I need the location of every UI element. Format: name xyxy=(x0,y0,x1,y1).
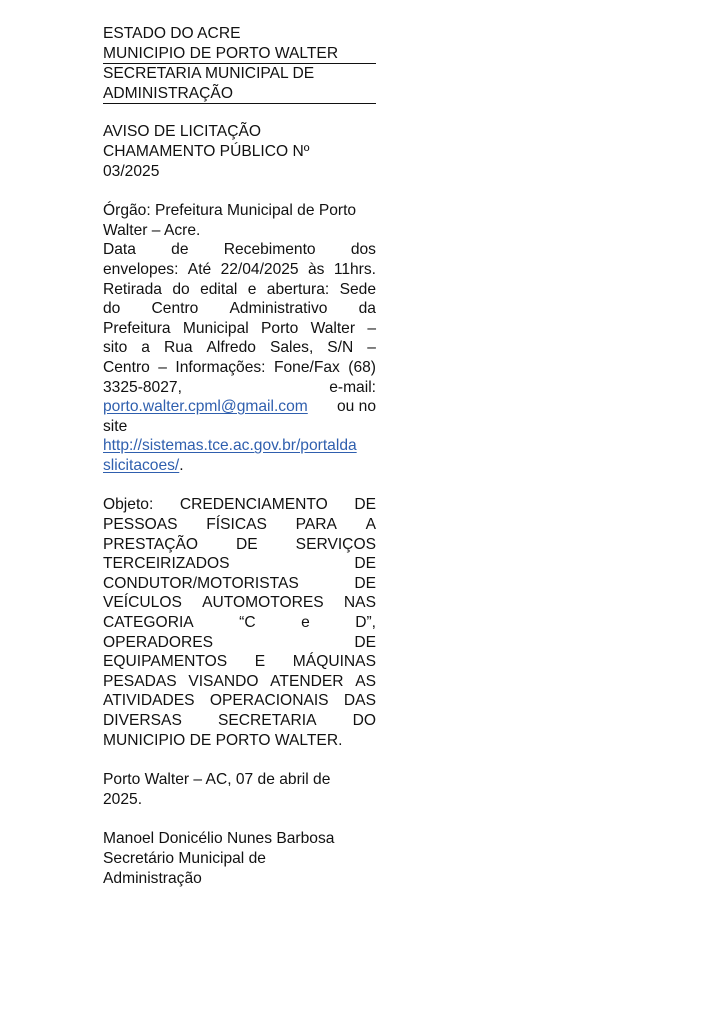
letterhead: ESTADO DO ACRE MUNICIPIO DE PORTO WALTER… xyxy=(103,24,376,104)
details-line: Walter – Acre. xyxy=(103,221,376,241)
object-line: EQUIPAMENTOSEMÁQUINAS xyxy=(103,652,376,672)
object-line: PESSOASFÍSICASPARAA xyxy=(103,515,376,535)
notice-title: AVISO DE LICITAÇÃO xyxy=(103,122,376,142)
details-line: Centro–Informações:Fone/Fax(68) xyxy=(103,358,376,378)
object-line: DIVERSASSECRETARIADO xyxy=(103,711,376,731)
details-line: 3325-8027,e-mail: xyxy=(103,378,376,398)
object-line: VEÍCULOSAUTOMOTORESNAS xyxy=(103,593,376,613)
object-line: PRESTAÇÃODESERVIÇOS xyxy=(103,535,376,555)
site-link-part-2[interactable]: slicitacoes/ xyxy=(103,457,179,474)
signature-block: Manoel Donicélio Nunes Barbosa Secretári… xyxy=(103,829,376,888)
secretariat-line-1: SECRETARIA MUNICIPAL DE xyxy=(103,64,376,84)
email-suffix: ou no xyxy=(337,397,376,417)
details-line: DatadeRecebimentodos xyxy=(103,240,376,260)
details-line: sitoaRuaAlfredoSales,S/N– xyxy=(103,338,376,358)
place-date-line-2: 2025. xyxy=(103,790,376,810)
public-call-number-line-1: CHAMAMENTO PÚBLICO Nº xyxy=(103,142,376,162)
object-line: Objeto:CREDENCIAMENTODE xyxy=(103,495,376,515)
object-line: MUNICIPIO DE PORTO WALTER. xyxy=(103,731,376,751)
object-line: PESADASVISANDOATENDERAS xyxy=(103,672,376,692)
secretariat-line-2: ADMINISTRAÇÃO xyxy=(103,84,376,105)
object-line: CATEGORIA“CeD”, xyxy=(103,613,376,633)
site-url-line-1: http://sistemas.tce.ac.gov.br/portalda xyxy=(103,436,376,456)
site-url-line-2: slicitacoes/. xyxy=(103,456,376,476)
public-call-number-line-2: 03/2025 xyxy=(103,162,376,182)
signatory-role-line-2: Administração xyxy=(103,869,376,889)
details-line: doCentroAdministrativoda xyxy=(103,299,376,319)
signatory-role-line-1: Secretário Municipal de xyxy=(103,849,376,869)
place-and-date: Porto Walter – AC, 07 de abril de 2025. xyxy=(103,770,376,809)
site-link-part-1[interactable]: http://sistemas.tce.ac.gov.br/portalda xyxy=(103,437,357,454)
details-line: Retiradadoeditaleabertura:Sede xyxy=(103,280,376,300)
state-name: ESTADO DO ACRE xyxy=(103,24,376,44)
municipality-name: MUNICIPIO DE PORTO WALTER xyxy=(103,44,376,65)
document-page: ESTADO DO ACRE MUNICIPIO DE PORTO WALTER… xyxy=(103,24,376,888)
site-label: site xyxy=(103,417,376,437)
object-line: ATIVIDADESOPERACIONAISDAS xyxy=(103,691,376,711)
details-line: Órgão: Prefeitura Municipal de Porto xyxy=(103,201,376,221)
object-line: TERCEIRIZADOSDE xyxy=(103,554,376,574)
site-suffix: . xyxy=(179,457,183,474)
place-date-line-1: Porto Walter – AC, 07 de abril de xyxy=(103,770,376,790)
email-link[interactable]: porto.walter.cpml@gmail.com xyxy=(103,397,308,417)
details-line: envelopes:Até22/04/2025às11hrs. xyxy=(103,260,376,280)
notice-details: Órgão: Prefeitura Municipal de Porto Wal… xyxy=(103,201,376,475)
details-line: PrefeituraMunicipalPortoWalter– xyxy=(103,319,376,339)
object-line: CONDUTOR/MOTORISTASDE xyxy=(103,574,376,594)
object-line: OPERADORESDE xyxy=(103,633,376,653)
notice-object: Objeto:CREDENCIAMENTODE PESSOASFÍSICASPA… xyxy=(103,495,376,750)
email-line: porto.walter.cpml@gmail.com ou no xyxy=(103,397,376,417)
notice-heading: AVISO DE LICITAÇÃO CHAMAMENTO PÚBLICO Nº… xyxy=(103,122,376,181)
signatory-name: Manoel Donicélio Nunes Barbosa xyxy=(103,829,376,849)
